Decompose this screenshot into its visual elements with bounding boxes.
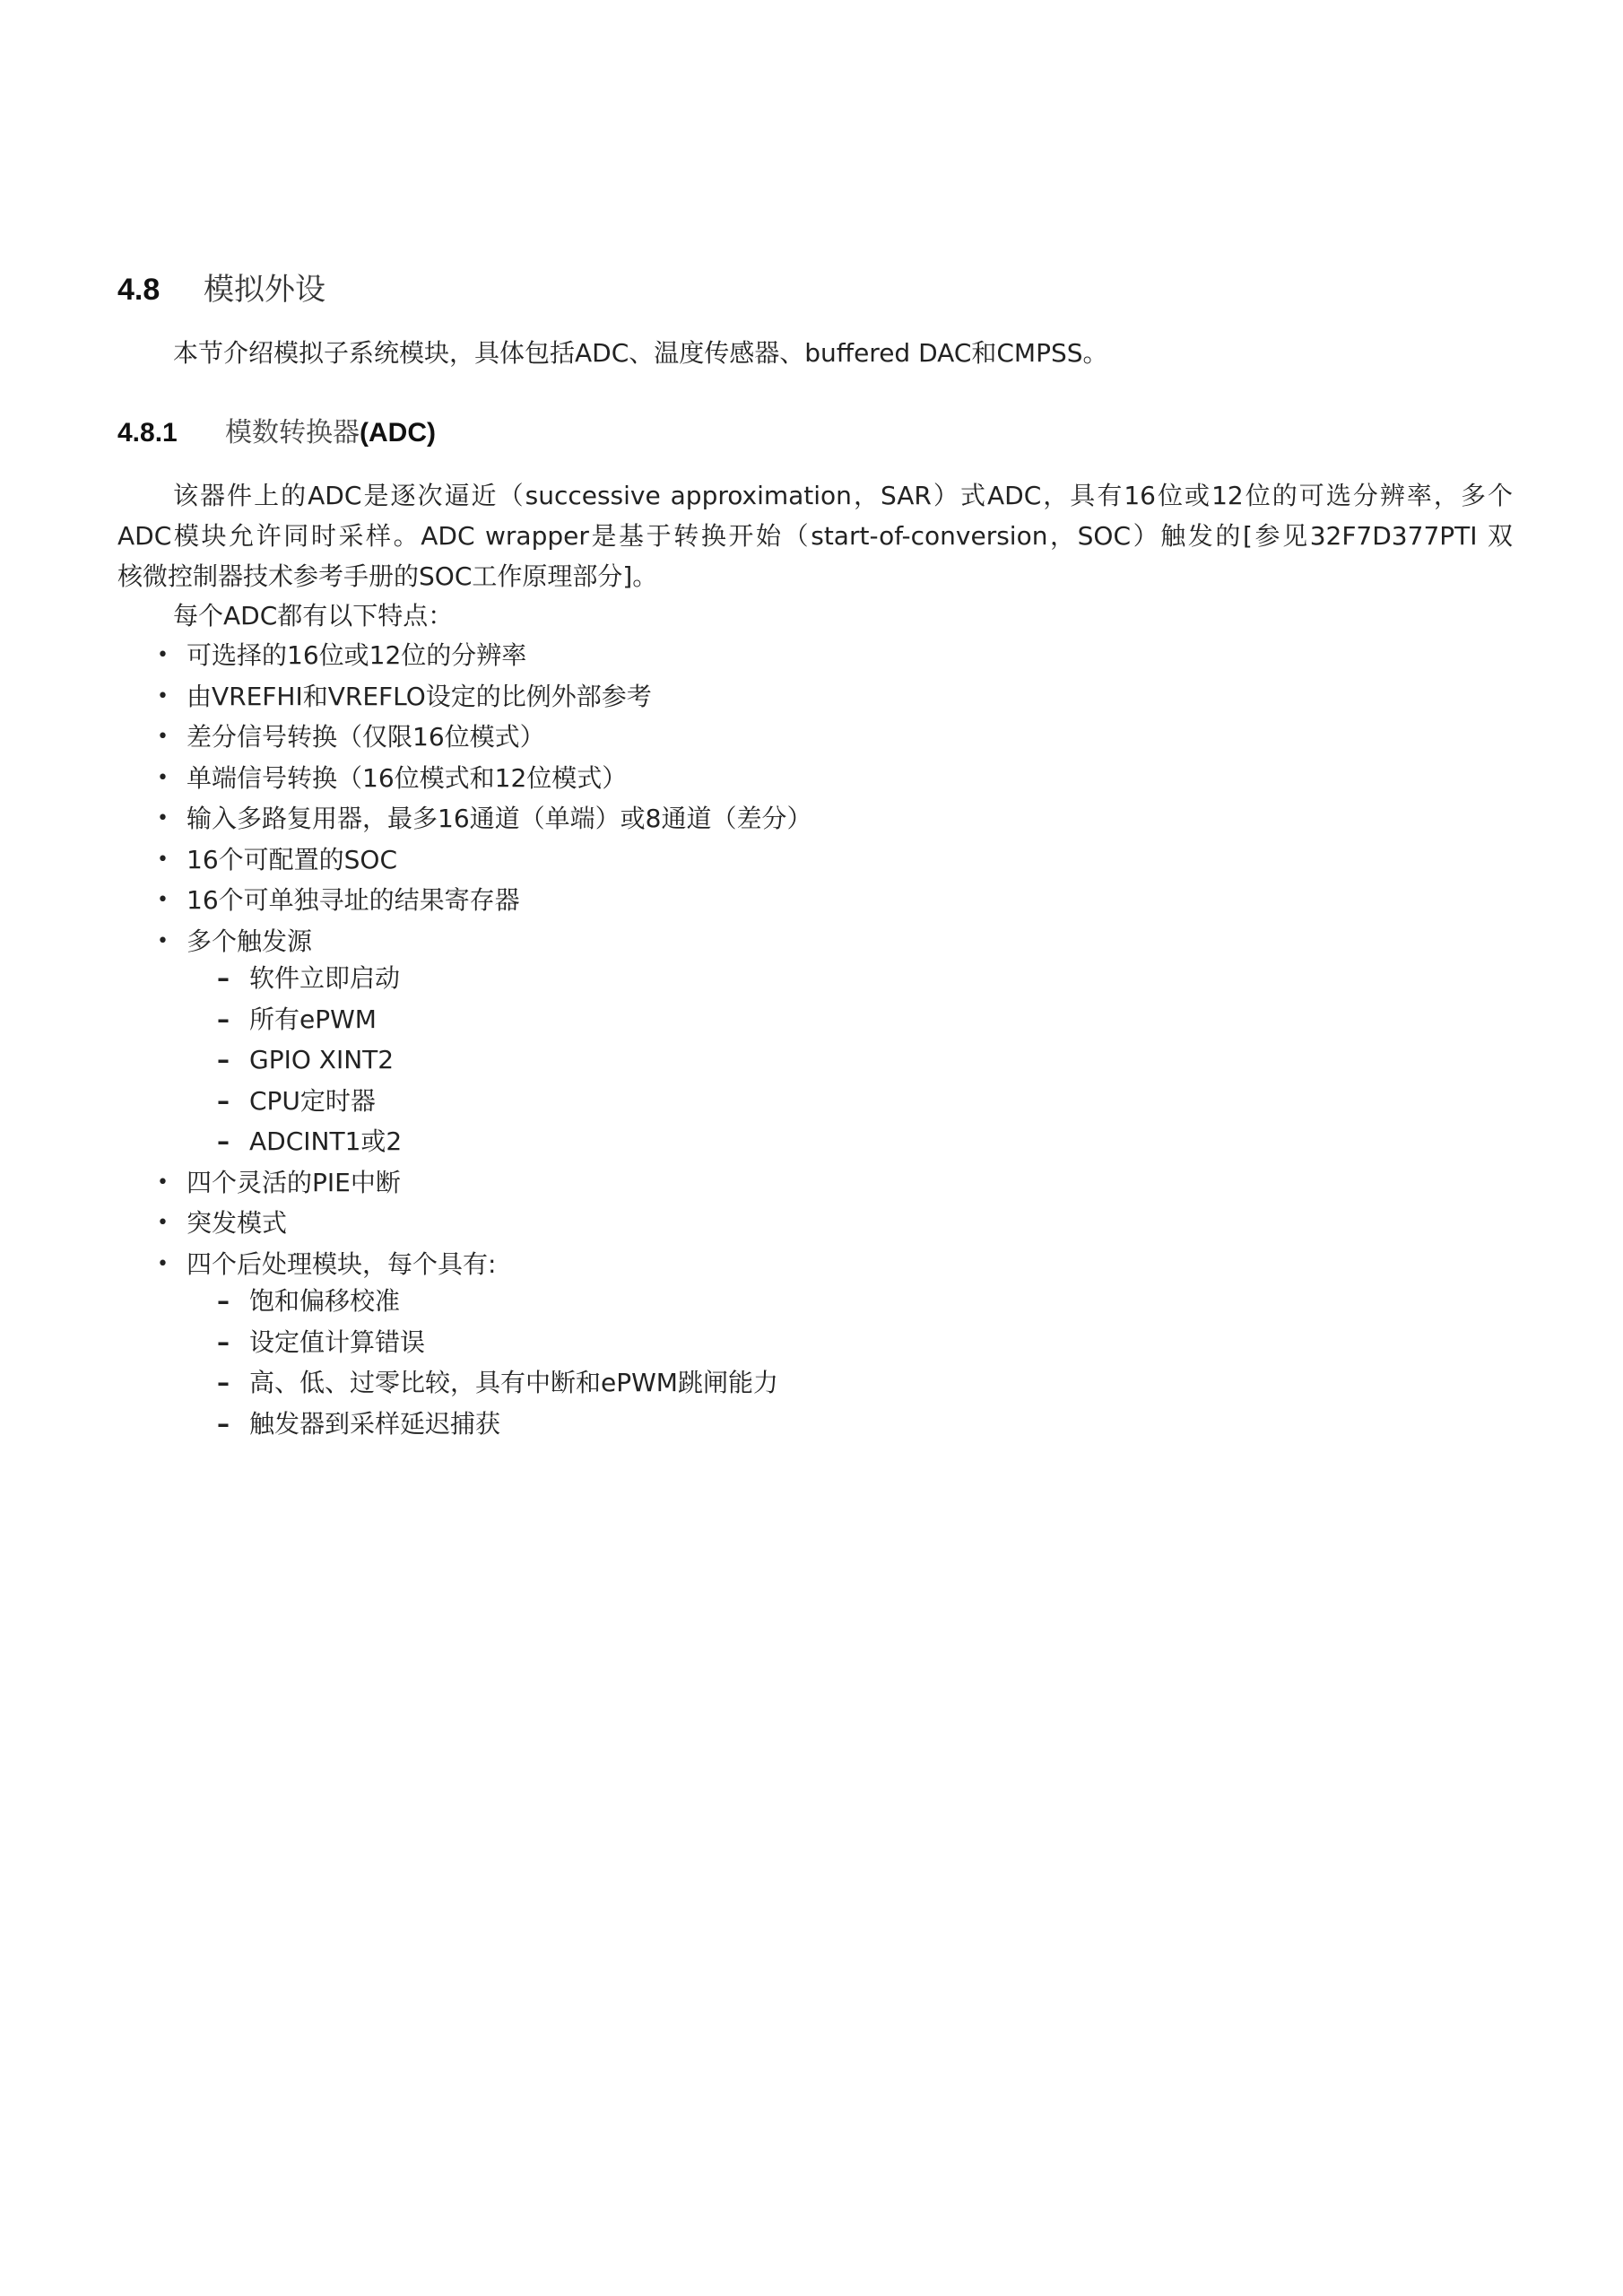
bullet-icon: •	[157, 1203, 175, 1244]
list-item-text: 多个触发源	[187, 926, 312, 956]
subsection-title-en: (ADC)	[360, 418, 436, 448]
list-item: •输入多路复用器，最多16通道（单端）或8通道（差分）	[157, 798, 811, 839]
dash-icon: –	[217, 1281, 230, 1322]
list-item: • 四个灵活的PIE中断	[157, 1162, 811, 1204]
sublist-item: –高、低、过零比较，具有中断和ePWM跳闸能力	[217, 1362, 811, 1404]
sublist-item-text: 触发器到采样延迟捕获	[249, 1409, 500, 1439]
subsection-heading: 4.8.1模数转换器(ADC)	[117, 413, 436, 454]
sublist-item-text: 设定值计算错误	[249, 1327, 425, 1357]
list-item-text: 16个可配置的SOC	[187, 845, 397, 874]
sublist-item: –触发器到采样延迟捕获	[217, 1404, 811, 1445]
section-number: 4.8	[117, 267, 204, 312]
sublist-item-text: GPIO XINT2	[249, 1045, 394, 1074]
list-item-text: 单端信号转换（16位模式和12位模式）	[187, 763, 627, 793]
bullet-icon: •	[157, 921, 175, 962]
trigger-source-sublist: –软件立即启动 –所有ePWM –GPIO XINT2 –CPU定时器 –ADC…	[187, 958, 811, 1162]
dash-icon: –	[217, 1322, 230, 1363]
list-item-text: 可选择的16位或12位的分辨率	[187, 640, 526, 670]
list-item-text: 16个可单独寻址的结果寄存器	[187, 885, 520, 915]
list-item-post-processing: •四个后处理模块，每个具有: –饱和偏移校准 –设定值计算错误 –高、低、过零比…	[157, 1244, 811, 1445]
bullet-icon: •	[157, 717, 175, 758]
list-item: • 由VREFHI和VREFLO设定的比例外部参考	[157, 676, 811, 717]
list-item: •可选择的16位或12位的分辨率	[157, 635, 811, 676]
sublist-item-text: 高、低、过零比较，具有中断和ePWM跳闸能力	[249, 1368, 778, 1397]
dash-icon: –	[217, 1362, 230, 1404]
dash-icon: –	[217, 999, 230, 1040]
bullet-icon: •	[157, 839, 175, 881]
list-item: •16个可单独寻址的结果寄存器	[157, 880, 811, 921]
sublist-item: –GPIO XINT2	[217, 1039, 811, 1081]
subsection-title: 模数转换器(ADC)	[225, 417, 436, 448]
dash-icon: –	[217, 958, 230, 999]
list-item-text: 突发模式	[187, 1208, 287, 1238]
section-title: 模拟外设	[204, 272, 325, 308]
bullet-icon: •	[157, 635, 175, 676]
section-heading: 4.8模拟外设	[117, 267, 325, 312]
sublist-item: –CPU定时器	[217, 1081, 811, 1122]
bullet-icon: •	[157, 676, 175, 717]
bullet-icon: •	[157, 1244, 175, 1285]
sublist-item-text: ADCINT1或2	[249, 1126, 402, 1156]
list-item-text: 四个灵活的PIE中断	[187, 1168, 401, 1197]
paragraph-line: 核微控制器技术参考手册的SOC工作原理部分]。	[117, 556, 1513, 596]
paragraph-line: 该器件上的ADC是逐次逼近（successive approximation，S…	[117, 475, 1513, 516]
list-item: •差分信号转换（仅限16位模式）	[157, 717, 811, 758]
list-item-text: 由VREFHI和VREFLO设定的比例外部参考	[187, 682, 652, 711]
sublist-item: –软件立即启动	[217, 958, 811, 999]
sublist-item-text: 软件立即启动	[249, 963, 400, 993]
sublist-item-text: 饱和偏移校准	[249, 1286, 400, 1316]
document-page: 4.8模拟外设 本节介绍模拟子系统模块，具体包括ADC、温度传感器、buffer…	[0, 0, 1623, 2296]
post-processing-sublist: –饱和偏移校准 –设定值计算错误 –高、低、过零比较，具有中断和ePWM跳闸能力…	[187, 1281, 811, 1444]
bullet-icon: •	[157, 880, 175, 921]
dash-icon: –	[217, 1039, 230, 1081]
dash-icon: –	[217, 1404, 230, 1445]
dash-icon: –	[217, 1081, 230, 1122]
sublist-item: –所有ePWM	[217, 999, 811, 1040]
list-item: •突发模式	[157, 1203, 811, 1244]
adc-description-paragraph: 该器件上的ADC是逐次逼近（successive approximation，S…	[117, 475, 1513, 596]
list-item-text: 输入多路复用器，最多16通道（单端）或8通道（差分）	[187, 804, 811, 833]
sublist-item: –ADCINT1或2	[217, 1121, 811, 1162]
bullet-icon: •	[157, 758, 175, 799]
list-item-trigger-sources: •多个触发源 –软件立即启动 –所有ePWM –GPIO XINT2 –CPU定…	[157, 921, 811, 1162]
feature-list: •可选择的16位或12位的分辨率 • 由VREFHI和VREFLO设定的比例外部…	[157, 635, 811, 1444]
section-intro: 本节介绍模拟子系统模块，具体包括ADC、温度传感器、buffered DAC和C…	[173, 334, 1108, 373]
sublist-item: –设定值计算错误	[217, 1322, 811, 1363]
subsection-number: 4.8.1	[117, 413, 225, 454]
paragraph-line: ADC模块允许同时采样。ADC wrapper是基于转换开始（start-of-…	[117, 516, 1513, 556]
sublist-item-text: 所有ePWM	[249, 1004, 377, 1034]
sublist-item-text: CPU定时器	[249, 1086, 376, 1116]
list-item-text: 四个后处理模块，每个具有:	[187, 1249, 496, 1279]
features-intro: 每个ADC都有以下特点：	[173, 596, 453, 636]
bullet-icon: •	[157, 798, 175, 839]
subsection-title-cn: 模数转换器	[225, 417, 360, 448]
bullet-icon: •	[157, 1162, 175, 1204]
list-item-text: 差分信号转换（仅限16位模式）	[187, 722, 545, 752]
list-item: •单端信号转换（16位模式和12位模式）	[157, 758, 811, 799]
sublist-item: –饱和偏移校准	[217, 1281, 811, 1322]
list-item: •16个可配置的SOC	[157, 839, 811, 881]
dash-icon: –	[217, 1121, 230, 1162]
